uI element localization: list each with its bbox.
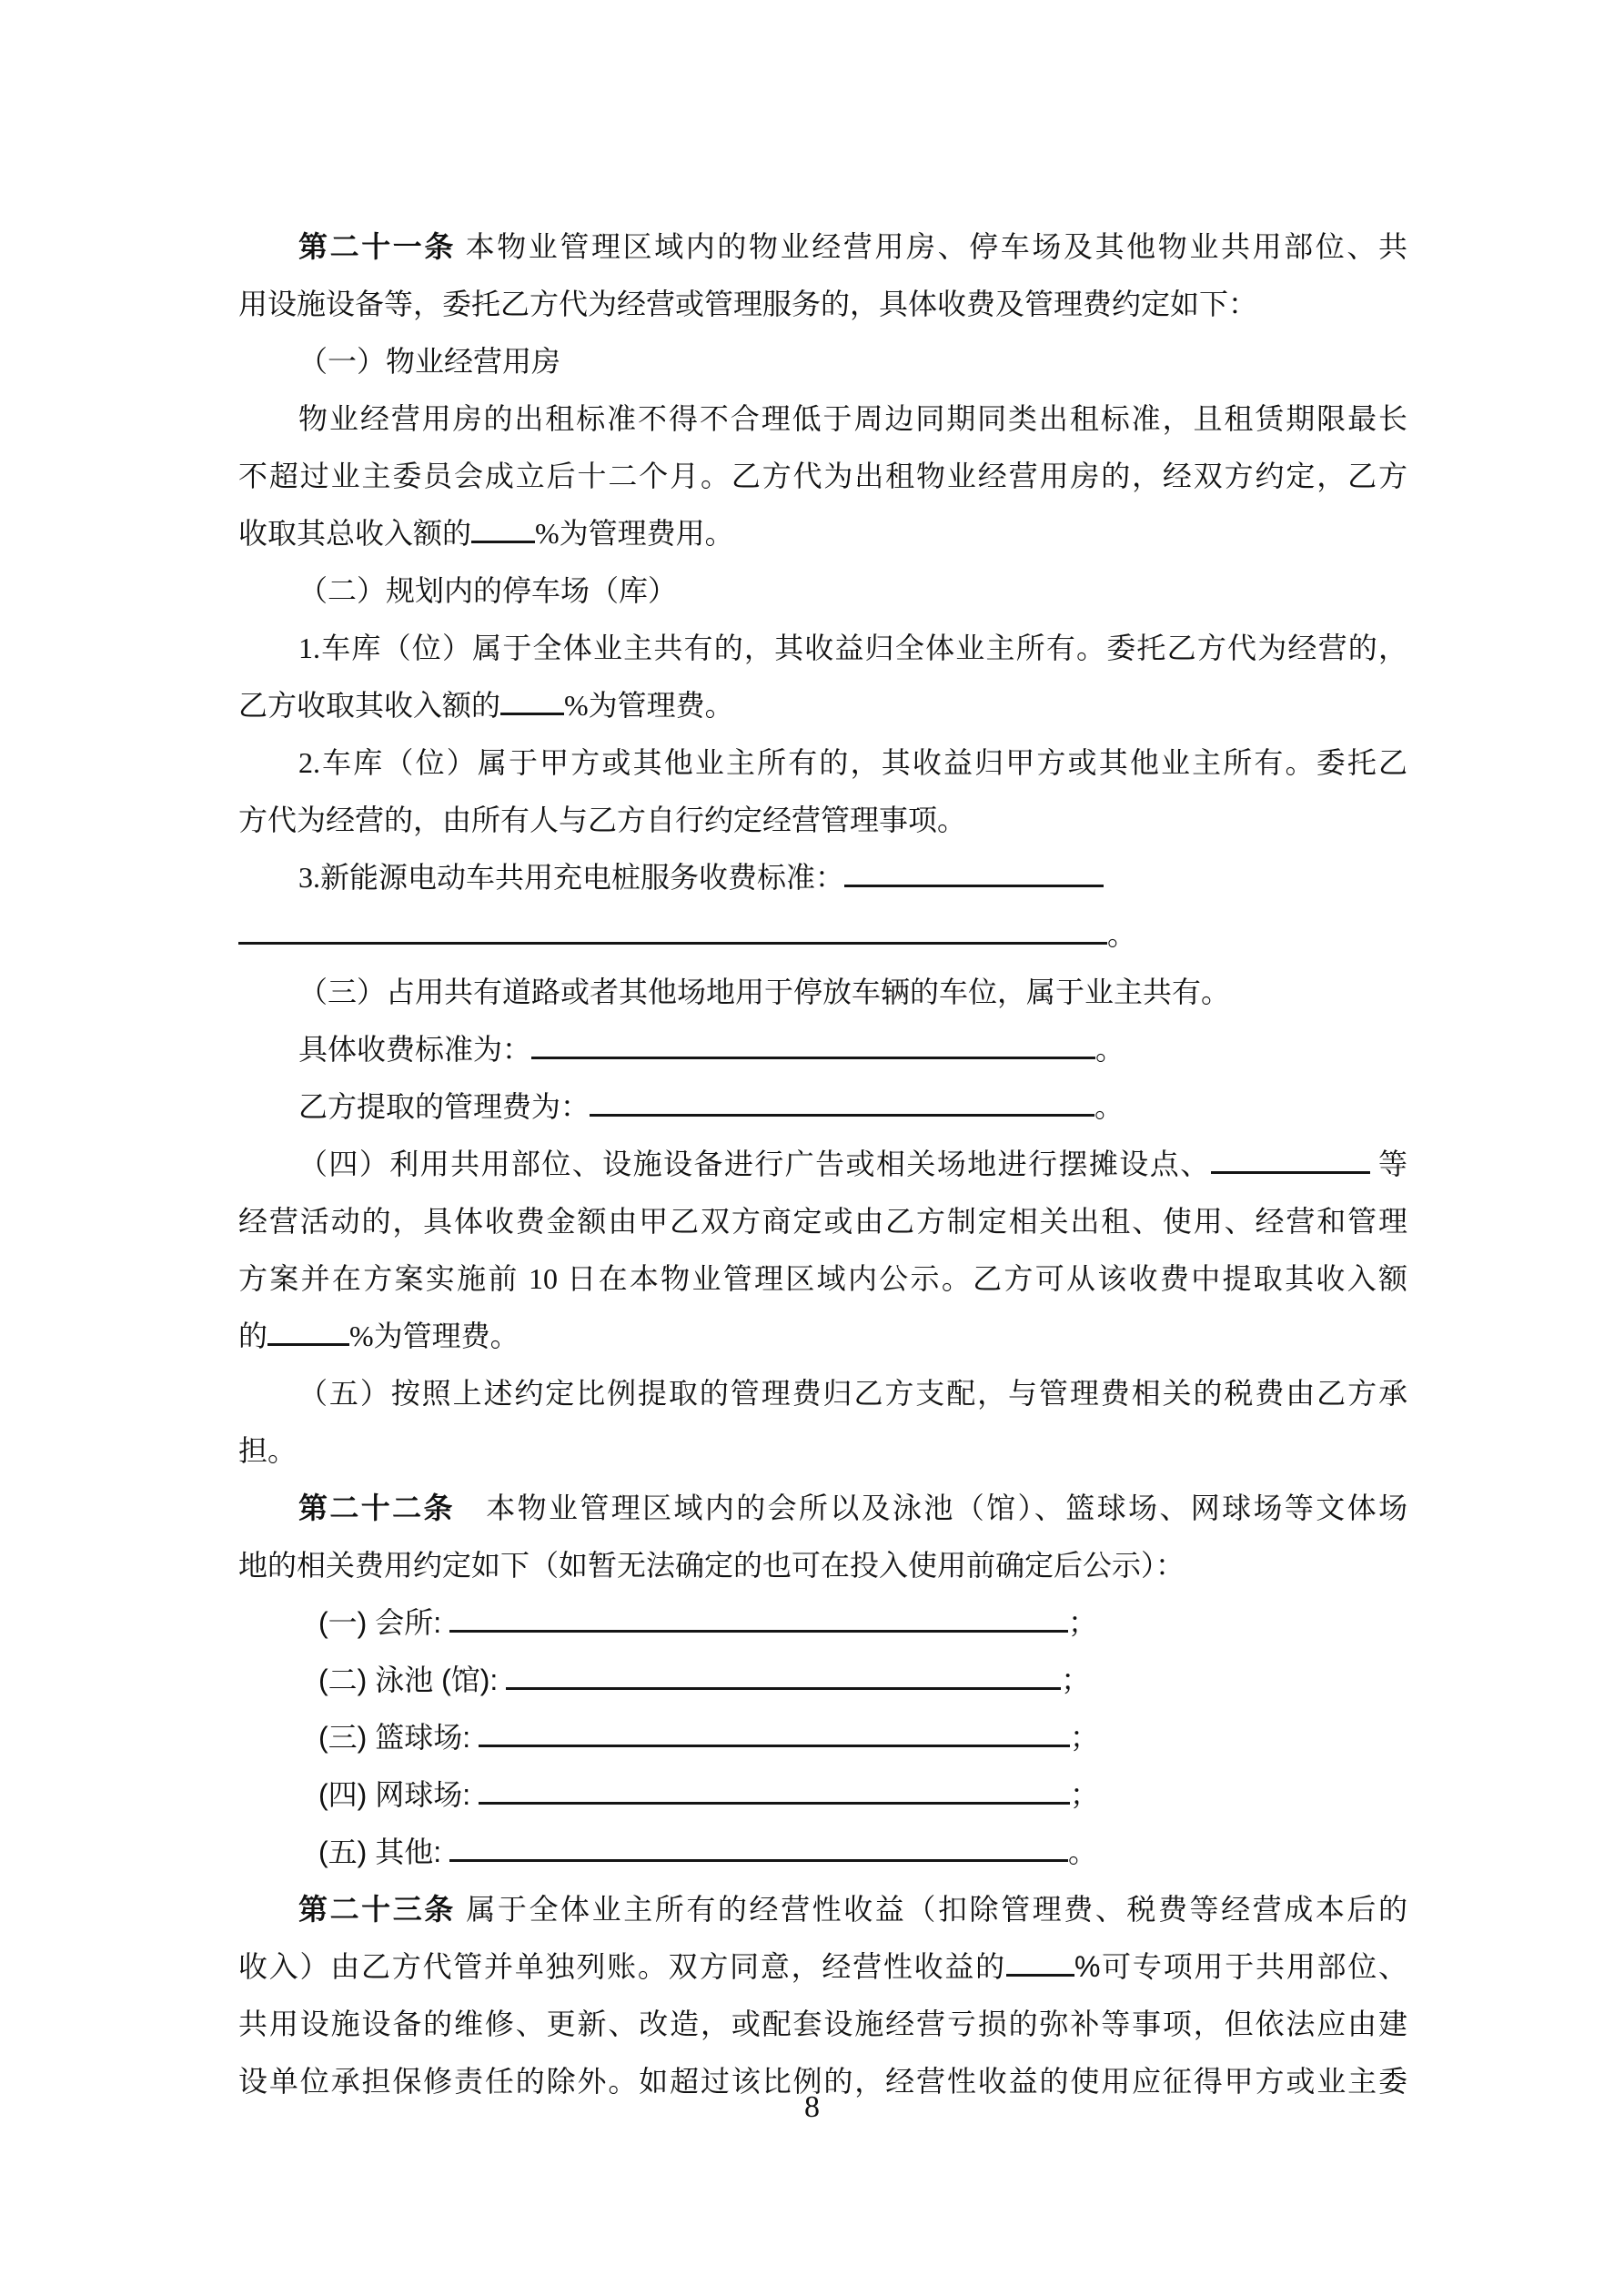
- doc-text: 。: [1107, 918, 1136, 951]
- doc-text: （三）占用共有道路或者其他场地用于停放车辆的车位，属于业主共有。: [298, 976, 1230, 1008]
- doc-text: (三) 篮球场:: [318, 1721, 479, 1754]
- blank-field: [479, 1741, 1070, 1747]
- doc-text: ；: [1070, 1721, 1099, 1754]
- blank-field: [267, 1340, 349, 1346]
- doc-text: %可专项用于共用部位、: [1074, 1950, 1407, 1983]
- doc-line: 第二十二条 本物业管理区域内的会所以及泳池（馆）、篮球场、网球场等文体场: [238, 1480, 1407, 1537]
- blank-field: [449, 1856, 1068, 1862]
- blank-field: [1006, 1970, 1074, 1977]
- doc-line: （三）占用共有道路或者其他场地用于停放车辆的车位，属于业主共有。: [238, 964, 1407, 1021]
- contract-document-page: 第二十一条 本物业管理区域内的物业经营用房、停车场及其他物业共用部位、共用设施设…: [0, 0, 1624, 2296]
- doc-line: (二) 泳池 (馆): ；: [238, 1652, 1407, 1709]
- page-number: 8: [0, 2079, 1624, 2136]
- doc-text: 1.车库（位）属于全体业主共有的，其收益归全体业主所有。委托乙方代为经营的，: [298, 632, 1407, 664]
- clause-heading: 第二十二条: [298, 1492, 455, 1524]
- blank-field: [590, 1110, 1094, 1117]
- doc-text: ；: [1070, 1778, 1099, 1811]
- doc-text: 。: [1094, 1090, 1124, 1123]
- blank-field: [449, 1626, 1068, 1633]
- doc-line: 具体收费标准为：。: [238, 1021, 1407, 1078]
- doc-text: 。: [1095, 1033, 1125, 1066]
- doc-text: 不超过业主委员会成立后十二个月。乙方代为出租物业经营用房的，经双方约定，乙方: [238, 460, 1407, 492]
- doc-line: 的%为管理费。: [238, 1308, 1407, 1365]
- doc-line: 第二十三条 属于全体业主所有的经营性收益（扣除管理费、税费等经营成本后的: [238, 1881, 1407, 1938]
- doc-text: （五）按照上述约定比例提取的管理费归乙方支配，与管理费相关的税费由乙方承: [298, 1377, 1407, 1410]
- doc-line: 方案并在方案实施前 10 日在本物业管理区域内公示。乙方可从该收费中提取其收入额: [238, 1250, 1407, 1308]
- doc-text: 。: [1068, 1836, 1097, 1868]
- doc-line: 用设施设备等，委托乙方代为经营或管理服务的，具体收费及管理费约定如下：: [238, 276, 1407, 333]
- doc-text: ；: [1068, 1606, 1097, 1639]
- doc-text: 本物业管理区域内的物业经营用房、停车场及其他物业共用部位、共: [456, 230, 1407, 263]
- doc-line: 经营活动的，具体收费金额由甲乙双方商定或由乙方制定相关出租、使用、经营和管理: [238, 1193, 1407, 1250]
- doc-text: 本物业管理区域内的会所以及泳池（馆）、篮球场、网球场等文体场: [455, 1492, 1407, 1524]
- doc-text: (二) 泳池 (馆):: [318, 1664, 506, 1696]
- doc-line: 乙方收取其收入额的%为管理费。: [238, 677, 1407, 734]
- doc-line: (三) 篮球场: ；: [238, 1709, 1407, 1766]
- doc-text: 地的相关费用约定如下（如暂无法确定的也可在投入使用前确定后公示）：: [238, 1549, 1185, 1582]
- doc-line: （二）规划内的停车场（库）: [238, 562, 1407, 620]
- blank-field: [500, 709, 564, 715]
- doc-text: 属于全体业主所有的经营性收益（扣除管理费、税费等经营成本后的: [456, 1893, 1407, 1926]
- doc-text: 的: [238, 1320, 267, 1352]
- blank-field: [1211, 1168, 1370, 1174]
- doc-text: %为管理费用。: [535, 517, 734, 550]
- doc-line: 收取其总收入额的%为管理费用。: [238, 505, 1407, 562]
- doc-text: （一）物业经营用房: [298, 345, 560, 378]
- doc-line: （一）物业经营用房: [238, 333, 1407, 390]
- doc-line: 共用设施设备的维修、更新、改造，或配套设施经营亏损的弥补等事项，但依法应由建: [238, 1996, 1407, 2053]
- doc-line: 物业经营用房的出租标准不得不合理低于周边同期同类出租标准，且租赁期限最长: [238, 390, 1407, 448]
- doc-text: 收入）由乙方代管并单独列账。双方同意，经营性收益的: [238, 1950, 1006, 1983]
- doc-text: (五) 其他:: [318, 1836, 449, 1868]
- blank-field: [238, 938, 1107, 945]
- doc-text: ；: [1061, 1664, 1090, 1696]
- doc-text: %为管理费。: [564, 689, 734, 722]
- doc-text: 乙方提取的管理费为：: [298, 1090, 590, 1123]
- blank-field: [479, 1798, 1070, 1805]
- doc-text: 2.车库（位）属于甲方或其他业主所有的，其收益归甲方或其他业主所有。委托乙: [298, 746, 1407, 779]
- doc-text: (四) 网球场:: [318, 1778, 479, 1811]
- doc-text: 担。: [238, 1434, 297, 1467]
- doc-line: （四）利用共用部位、设施设备进行广告或相关场地进行摆摊设点、 等: [238, 1136, 1407, 1193]
- doc-line: 第二十一条 本物业管理区域内的物业经营用房、停车场及其他物业共用部位、共: [238, 218, 1407, 276]
- doc-text: （四）利用共用部位、设施设备进行广告或相关场地进行摆摊设点、: [298, 1148, 1211, 1180]
- doc-text: %为管理费。: [349, 1320, 519, 1352]
- doc-line: 担。: [238, 1422, 1407, 1480]
- doc-text: （二）规划内的停车场（库）: [298, 574, 677, 607]
- doc-text: 物业经营用房的出租标准不得不合理低于周边同期同类出租标准，且租赁期限最长: [298, 402, 1407, 435]
- doc-text: 3.新能源电动车共用充电桩服务收费标准：: [298, 861, 844, 894]
- doc-line: (五) 其他: 。: [238, 1824, 1407, 1881]
- clause-heading: 第二十三条: [298, 1893, 456, 1926]
- doc-line: 方代为经营的，由所有人与乙方自行约定经营管理事项。: [238, 792, 1407, 849]
- doc-text: 经营活动的，具体收费金额由甲乙双方商定或由乙方制定相关出租、使用、经营和管理: [238, 1205, 1407, 1238]
- doc-line: 不超过业主委员会成立后十二个月。乙方代为出租物业经营用房的，经双方约定，乙方: [238, 448, 1407, 505]
- doc-line: (四) 网球场: ；: [238, 1766, 1407, 1824]
- doc-text: 收取其总收入额的: [238, 517, 471, 550]
- blank-field: [844, 881, 1104, 887]
- doc-line: 地的相关费用约定如下（如暂无法确定的也可在投入使用前确定后公示）：: [238, 1537, 1407, 1594]
- doc-text: 等: [1370, 1148, 1407, 1180]
- doc-text: 方代为经营的，由所有人与乙方自行约定经营管理事项。: [238, 804, 966, 836]
- doc-text: 具体收费标准为：: [298, 1033, 531, 1066]
- doc-text: 用设施设备等，委托乙方代为经营或管理服务的，具体收费及管理费约定如下：: [238, 288, 1257, 320]
- blank-field: [531, 1053, 1095, 1059]
- doc-text: 乙方收取其收入额的: [238, 689, 500, 722]
- doc-text: (一) 会所:: [318, 1606, 449, 1639]
- doc-line: 1.车库（位）属于全体业主共有的，其收益归全体业主所有。委托乙方代为经营的，: [238, 620, 1407, 677]
- doc-line: 3.新能源电动车共用充电桩服务收费标准：: [238, 849, 1407, 906]
- blank-field: [506, 1684, 1061, 1690]
- doc-text: 共用设施设备的维修、更新、改造，或配套设施经营亏损的弥补等事项，但依法应由建: [238, 2008, 1407, 2040]
- doc-line: 收入）由乙方代管并单独列账。双方同意，经营性收益的%可专项用于共用部位、: [238, 1938, 1407, 1996]
- doc-text: 方案并在方案实施前 10 日在本物业管理区域内公示。乙方可从该收费中提取其收入额: [238, 1262, 1407, 1295]
- document-body: 第二十一条 本物业管理区域内的物业经营用房、停车场及其他物业共用部位、共用设施设…: [238, 218, 1407, 2110]
- doc-line: 乙方提取的管理费为：。: [238, 1078, 1407, 1136]
- doc-line: 。: [238, 906, 1407, 964]
- doc-line: 2.车库（位）属于甲方或其他业主所有的，其收益归甲方或其他业主所有。委托乙: [238, 734, 1407, 792]
- doc-line: （五）按照上述约定比例提取的管理费归乙方支配，与管理费相关的税费由乙方承: [238, 1365, 1407, 1422]
- doc-line: (一) 会所: ；: [238, 1594, 1407, 1652]
- blank-field: [471, 537, 535, 543]
- clause-heading: 第二十一条: [298, 230, 456, 263]
